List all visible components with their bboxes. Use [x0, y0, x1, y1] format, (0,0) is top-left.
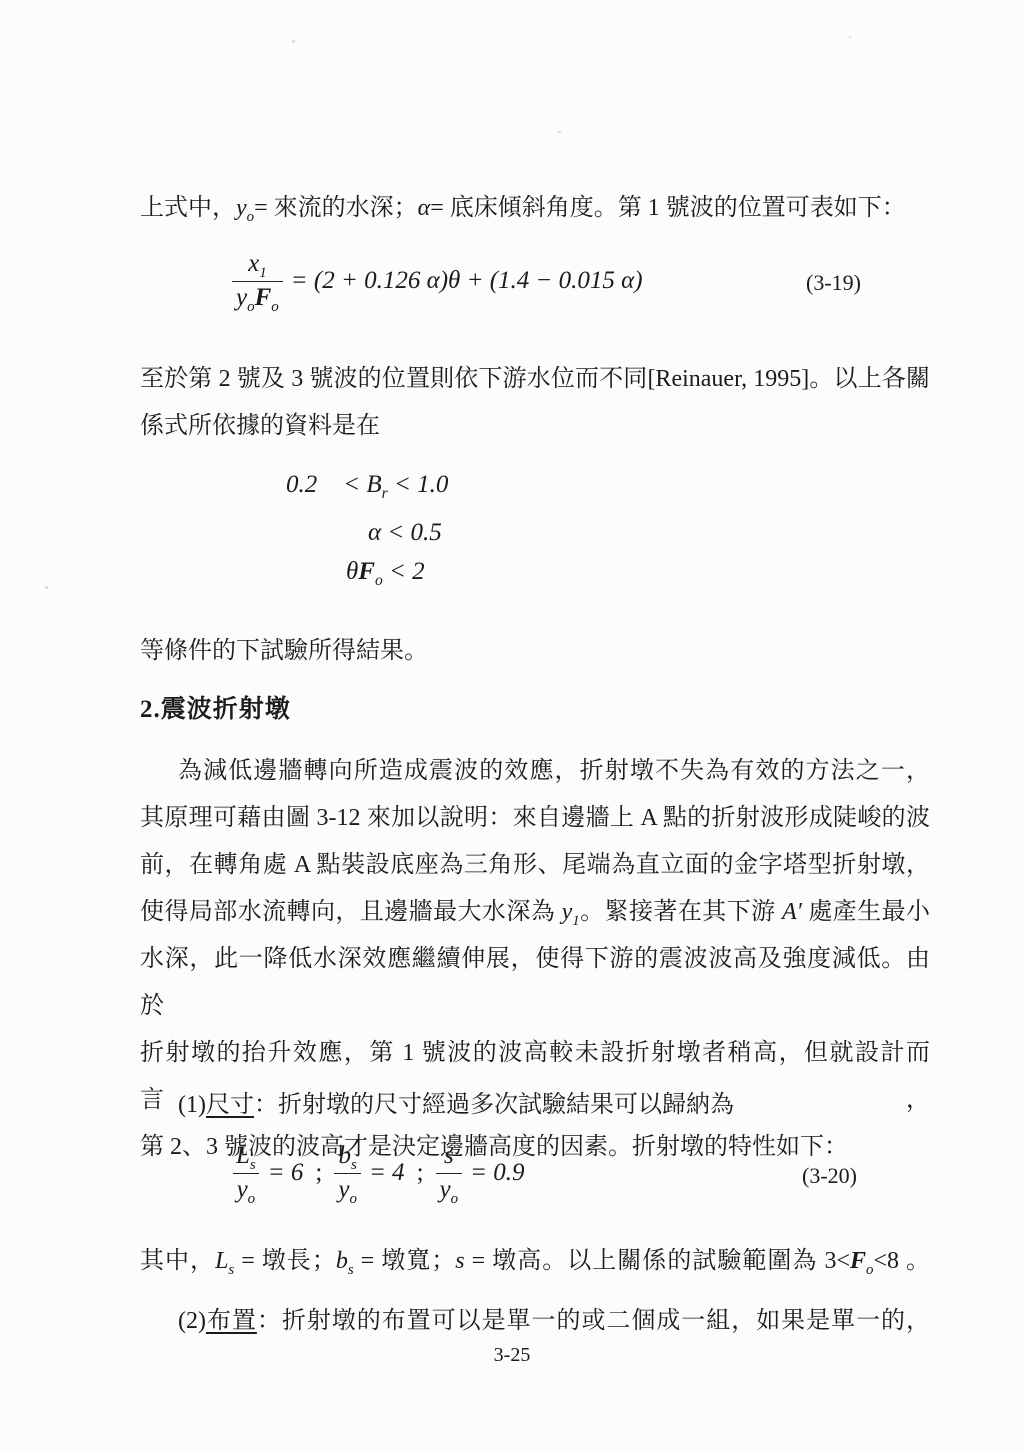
- var-y0: yo: [236, 195, 254, 221]
- equation-3-19: x1 yoFo = (2 + 0.126 α)θ + (1.4 − 0.015 …: [232, 250, 643, 313]
- condition-value: 0.2: [286, 471, 317, 498]
- scan-speck: [292, 40, 295, 43]
- fraction-denominator: yo: [233, 1173, 260, 1205]
- equation-rhs: = 4: [369, 1159, 405, 1187]
- condition-value: < 2: [383, 558, 425, 585]
- intro-line: 上式中，yo= 來流的水深；α= 底床傾斜角度。第 1 號波的位置可表如下：: [140, 185, 930, 232]
- legend-text: = 墩寬；: [354, 1248, 456, 1274]
- var-Fo: Fo: [850, 1248, 873, 1274]
- legend-text: <8 。: [873, 1248, 930, 1274]
- condition-Br-range: 0.2< Br < 1.0: [286, 470, 448, 500]
- item-keyword: 尺寸: [206, 1092, 254, 1118]
- legend-line: 其中，Ls = 墩長；bs = 墩寬；s = 墩高。以上關係的試驗範圍為 3<F…: [140, 1238, 930, 1285]
- section-heading-text: 2.震波折射墩: [140, 686, 930, 733]
- fraction-denominator: yo: [334, 1173, 361, 1205]
- fraction-Ls-over-yo: Ls yo: [232, 1142, 260, 1205]
- condition-value: < 1.0: [388, 471, 449, 498]
- equation-number-3-19: (3-19): [806, 270, 861, 296]
- condition-value: < 0.5: [381, 519, 442, 546]
- fraction-numerator: s: [440, 1142, 458, 1173]
- equation-rhs: = 0.9: [470, 1159, 524, 1187]
- item-number: (2): [178, 1308, 206, 1334]
- paragraph-line: 使得局部水流轉向，且邊牆最大水深為 y1。緊接著在其下游 A′ 處產生最小: [140, 889, 930, 936]
- fraction-bs-over-yo: bs yo: [334, 1142, 361, 1205]
- item-text: ：折射墩的布置可以是單一的或二個成一組，如果是單一的，: [257, 1308, 930, 1334]
- paragraph-line: 其原理可藉由圖 3-12 來加以說明：來自邊牆上 A 點的折射波形成陡峻的波: [140, 795, 930, 842]
- list-item-2: (2)布置：折射墩的布置可以是單一的或二個成一組，如果是單一的，: [140, 1298, 930, 1345]
- equation-rhs: = (2 + 0.126 α)θ + (1.4 − 0.015 α): [291, 267, 643, 295]
- legend-text: 其中，: [140, 1248, 215, 1274]
- fraction-denominator: yo: [436, 1173, 463, 1205]
- legend-text: = 墩長；: [234, 1248, 336, 1274]
- paragraph-line: 水深，此一降低水深效應繼續伸展，使得下游的震波波高及強度減低。由於: [140, 936, 930, 1030]
- var-s: s: [455, 1248, 464, 1274]
- less-than-sign: <: [343, 471, 366, 498]
- separator: ;: [315, 1159, 322, 1187]
- page-number: 3-25: [0, 1344, 1024, 1367]
- condition-alpha-range: α < 0.5: [368, 518, 442, 548]
- fraction-x1-over-yoFo: x1 yoFo: [232, 250, 283, 313]
- paragraph-text: 。緊接著在其下游: [580, 899, 782, 925]
- intro-text: 底床傾斜角度。第 1 號波的位置可表如下：: [450, 195, 906, 221]
- separator: ;: [417, 1159, 424, 1187]
- equation-number-3-20: (3-20): [802, 1163, 857, 1189]
- scan-speck: [849, 36, 851, 38]
- document-page: 上式中，yo= 來流的水深；α= 底床傾斜角度。第 1 號波的位置可表如下： x…: [0, 0, 1024, 1451]
- paragraph-line: 至於第 2 號及 3 號波的位置則依下游水位而不同[Reinauer, 1995…: [140, 356, 930, 403]
- item-keyword: 布置: [206, 1308, 257, 1334]
- var-A-prime: A′: [782, 899, 802, 925]
- section-heading: 2.震波折射墩: [140, 686, 930, 733]
- intro-text: 來流的水深；: [274, 195, 418, 221]
- paragraph-line: 為減低邊牆轉向所造成震波的效應，折射墩不失為有效的方法之一，: [140, 748, 930, 795]
- paragraph-line: 前，在轉角處 A 點裝設底座為三角形、尾端為直立面的金字塔型折射墩，: [140, 842, 930, 889]
- paragraph-text: 處產生最小: [802, 899, 930, 925]
- intro-text: 上式中，: [140, 195, 236, 221]
- fraction-s-over-yo: s yo: [436, 1142, 463, 1205]
- paragraph-text: 使得局部水流轉向，且邊牆最大水深為: [140, 899, 562, 925]
- item-text: ：折射墩的尺寸經過多次試驗結果可以歸納為: [254, 1092, 734, 1118]
- scan-speck: [45, 586, 48, 589]
- var-alpha: α: [368, 519, 381, 546]
- equals-sign: =: [430, 195, 450, 221]
- paragraph-line: 係式所依據的資料是在: [140, 403, 930, 450]
- var-bs: bs: [336, 1248, 354, 1274]
- equation-3-20: Ls yo = 6 ; bs yo = 4 ; s yo = 0.9: [232, 1142, 525, 1205]
- var-Ls: Ls: [215, 1248, 234, 1274]
- condition-thetaFo-range: θFo < 2: [346, 557, 425, 587]
- fraction-numerator: Ls: [232, 1142, 260, 1173]
- equals-sign: =: [254, 195, 274, 221]
- var-alpha: α: [418, 195, 431, 221]
- fraction-numerator: bs: [334, 1142, 360, 1173]
- closing-text: 等條件的下試驗所得結果。: [140, 628, 930, 675]
- item-number: (1): [178, 1092, 206, 1118]
- list-item-1: (1)尺寸：折射墩的尺寸經過多次試驗結果可以歸納為: [140, 1082, 930, 1129]
- closing-line: 等條件的下試驗所得結果。: [140, 628, 930, 675]
- paragraph-reinauer: 至於第 2 號及 3 號波的位置則依下游水位而不同[Reinauer, 1995…: [140, 356, 930, 450]
- var-y1: y1: [562, 899, 580, 925]
- fraction-numerator: x1: [244, 250, 271, 281]
- var-theta: θ: [346, 558, 358, 585]
- fraction-denominator: yoFo: [232, 281, 283, 313]
- scan-speck: [558, 131, 561, 133]
- var-Br: Br: [366, 471, 387, 498]
- var-F: F: [358, 558, 375, 585]
- equation-rhs: = 6: [268, 1159, 304, 1187]
- legend-text: = 墩高。以上關係的試驗範圍為 3<: [465, 1248, 850, 1274]
